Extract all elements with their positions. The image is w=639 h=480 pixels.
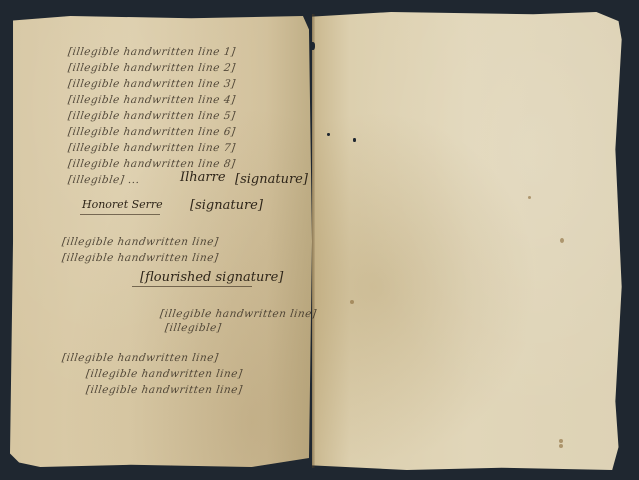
body-line: [illegible] ...: [67, 174, 140, 186]
note-line: [illegible]: [164, 322, 222, 334]
right-page: [312, 12, 628, 470]
signature: [signature]: [190, 198, 263, 213]
page-fold: [312, 14, 315, 468]
body-line: [illegible handwritten line]: [85, 368, 243, 380]
foxing-spot: [559, 444, 563, 448]
body-line: [illegible handwritten line]: [61, 252, 219, 264]
body-line: [illegible handwritten line 7]: [67, 142, 236, 154]
foxing-spot: [528, 196, 531, 199]
body-line: [illegible handwritten line 8]: [67, 158, 236, 170]
worm-hole: [353, 138, 356, 142]
flourish-signature: [flourished signature]: [140, 270, 283, 285]
body-line: [illegible handwritten line]: [61, 236, 219, 248]
note-line: [illegible handwritten line]: [159, 308, 317, 320]
underline: [80, 214, 160, 215]
body-line: [illegible handwritten line 1]: [67, 46, 236, 58]
signature-honoret-serre: Honoret Serre: [82, 198, 163, 211]
body-line: [illegible handwritten line 5]: [67, 110, 236, 122]
worm-hole: [327, 133, 330, 136]
flourish-stroke: [132, 286, 252, 287]
body-line: [illegible handwritten line 3]: [67, 78, 236, 90]
worm-hole: [310, 42, 315, 50]
signature-ilharre: Ilharre: [180, 170, 226, 185]
body-line: [illegible handwritten line 2]: [67, 62, 236, 74]
body-line: [illegible handwritten line]: [85, 384, 243, 396]
body-line: [illegible handwritten line 6]: [67, 126, 236, 138]
foxing-spot: [560, 238, 564, 243]
signature: [signature]: [235, 172, 308, 187]
body-line: [illegible handwritten line]: [61, 352, 219, 364]
body-line: [illegible handwritten line 4]: [67, 94, 236, 106]
ink-spot: [350, 300, 354, 304]
foxing-spot: [559, 439, 563, 443]
